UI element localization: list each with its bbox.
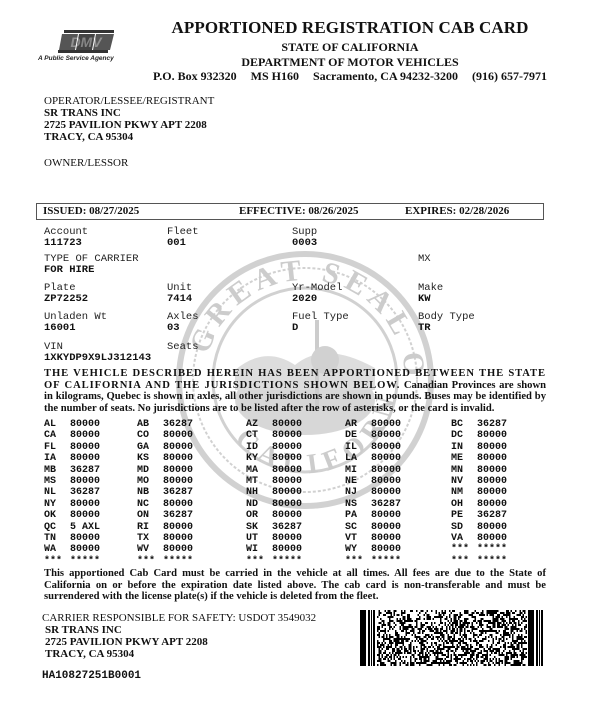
jurisdiction-cell: MN80000 — [451, 465, 507, 476]
jurisdiction-cell: SD80000 — [451, 522, 507, 533]
jurisdiction-weight: 80000 — [371, 419, 401, 430]
jurisdiction-weight: 36287 — [477, 510, 507, 521]
jurisdiction-cell: AR80000 — [345, 419, 401, 430]
jurisdiction-weight: 36287 — [163, 487, 193, 498]
jurisdiction-code: MS — [44, 476, 70, 487]
jurisdiction-weight: 36287 — [477, 419, 507, 430]
jurisdiction-cell: ******** — [137, 556, 193, 567]
account-number: 111723 — [44, 238, 88, 249]
jurisdiction-weight: 80000 — [272, 453, 302, 464]
jurisdiction-cell: AZ80000 — [246, 419, 302, 430]
carrier-type: FOR HIRE — [44, 265, 139, 276]
jurisdiction-weight: 80000 — [272, 476, 302, 487]
fuel-type-field: Fuel Type D — [292, 312, 349, 334]
department-address: P.O. Box 932320 MS H160 Sacramento, CA 9… — [140, 69, 560, 84]
carrier-safety-block: CARRIER RESPONSIBLE FOR SAFETY: USDOT 35… — [42, 612, 316, 660]
jurisdiction-code: *** — [451, 544, 477, 555]
po-box: P.O. Box 932320 — [153, 69, 237, 84]
jurisdiction-row: NL36287NB36287NH80000NJ80000NM80000 — [44, 487, 550, 498]
jurisdiction-code: OR — [246, 510, 272, 521]
jurisdiction-row: IA80000KS80000KY80000LA80000ME80000 — [44, 453, 550, 464]
jurisdiction-cell: ******** — [44, 556, 100, 567]
jurisdiction-weight: 80000 — [70, 453, 100, 464]
jurisdiction-code: NC — [137, 499, 163, 510]
jurisdiction-weight: 80000 — [70, 476, 100, 487]
jurisdiction-code: IL — [345, 442, 371, 453]
phone-number: (916) 657-7971 — [472, 69, 547, 84]
carrier-type-field: TYPE OF CARRIER FOR HIRE — [44, 254, 139, 276]
jurisdiction-row: MB36287MD80000MA80000MI80000MN80000 — [44, 465, 550, 476]
yr-model: 2020 — [292, 294, 342, 305]
jurisdiction-code: *** — [137, 556, 163, 567]
jurisdiction-cell: MI80000 — [345, 465, 401, 476]
jurisdiction-cell: RI80000 — [137, 522, 193, 533]
jurisdiction-cell: PA80000 — [345, 510, 401, 521]
jurisdiction-cell: ND80000 — [246, 499, 302, 510]
jurisdiction-code: MA — [246, 465, 272, 476]
fuel-type: D — [292, 323, 349, 334]
jurisdiction-cell: SC80000 — [345, 522, 401, 533]
jurisdiction-code: NB — [137, 487, 163, 498]
jurisdiction-code: WA — [44, 544, 70, 555]
jurisdiction-code: MO — [137, 476, 163, 487]
logo-tagline: A Public Service Agency — [38, 55, 128, 62]
document-id: HA10827251B0001 — [42, 670, 141, 682]
jurisdiction-code: MB — [44, 465, 70, 476]
carrier-safety-label: CARRIER RESPONSIBLE FOR SAFETY: USDOT 35… — [42, 612, 316, 624]
jurisdiction-weight: 80000 — [163, 453, 193, 464]
pdf417-barcode-icon — [360, 610, 544, 666]
jurisdiction-cell: ******** — [451, 556, 507, 567]
jurisdiction-code: NY — [44, 499, 70, 510]
jurisdiction-cell: PE36287 — [451, 510, 507, 521]
jurisdiction-cell: CA80000 — [44, 430, 100, 441]
jurisdiction-cell: DC80000 — [451, 430, 507, 441]
jurisdiction-cell: AL80000 — [44, 419, 100, 430]
jurisdiction-cell: SK36287 — [246, 522, 302, 533]
jurisdiction-weight: ***** — [70, 556, 100, 567]
jurisdiction-weight: 80000 — [371, 442, 401, 453]
jurisdiction-cell: DE80000 — [345, 430, 401, 441]
jurisdiction-weight: 80000 — [70, 544, 100, 555]
body-type: TR — [418, 323, 475, 334]
jurisdiction-weight: ***** — [477, 556, 507, 567]
jurisdiction-code: LA — [345, 453, 371, 464]
jurisdiction-weight: 80000 — [272, 419, 302, 430]
jurisdiction-cell: TX80000 — [137, 533, 193, 544]
operator-city: TRACY, CA 95304 — [44, 131, 214, 143]
fleet-field: Fleet 001 — [167, 227, 199, 249]
jurisdiction-cell: ME80000 — [451, 453, 507, 464]
jurisdiction-code: NS — [345, 499, 371, 510]
jurisdiction-code: GA — [137, 442, 163, 453]
dmv-logo-icon: DMV — [56, 30, 118, 54]
document-title: APPORTIONED REGISTRATION CAB CARD — [140, 18, 560, 38]
jurisdiction-cell: OR80000 — [246, 510, 302, 521]
jurisdiction-weight: ***** — [477, 544, 507, 555]
axles-field: Axles 03 — [167, 312, 199, 334]
jurisdiction-cell: NS36287 — [345, 499, 401, 510]
jurisdiction-weight: 80000 — [477, 442, 507, 453]
city-zip: Sacramento, CA 94232-3200 — [313, 69, 458, 84]
jurisdiction-weight: 80000 — [477, 533, 507, 544]
jurisdiction-code: AR — [345, 419, 371, 430]
jurisdiction-cell: ******** — [451, 544, 507, 555]
jurisdiction-weight: 5 AXL — [70, 522, 100, 533]
jurisdiction-code: NJ — [345, 487, 371, 498]
carrier-street: 2725 PAVILION PKWY APT 2208 — [42, 636, 316, 648]
jurisdiction-cell: MS80000 — [44, 476, 100, 487]
jurisdiction-code: WV — [137, 544, 163, 555]
jurisdiction-row: WA80000WV80000WI80000WY80000******** — [44, 544, 550, 555]
jurisdiction-code: MD — [137, 465, 163, 476]
jurisdiction-code: SC — [345, 522, 371, 533]
yr-model-field: Yr-Model 2020 — [292, 283, 342, 305]
jurisdiction-code: TN — [44, 533, 70, 544]
jurisdiction-weight: 80000 — [477, 522, 507, 533]
jurisdiction-cell: OK80000 — [44, 510, 100, 521]
jurisdiction-cell: WY80000 — [345, 544, 401, 555]
jurisdiction-code: ID — [246, 442, 272, 453]
jurisdiction-code: FL — [44, 442, 70, 453]
owner-block: OWNER/LESSOR — [44, 157, 128, 169]
jurisdiction-weight: 80000 — [70, 442, 100, 453]
jurisdiction-code: KS — [137, 453, 163, 464]
jurisdiction-code: *** — [345, 556, 371, 567]
jurisdiction-cell: AB36287 — [137, 419, 193, 430]
jurisdiction-code: MI — [345, 465, 371, 476]
supp-number: 0003 — [292, 238, 317, 249]
plate-field: Plate ZP72252 — [44, 283, 88, 305]
jurisdiction-cell: GA80000 — [137, 442, 193, 453]
jurisdiction-code: NV — [451, 476, 477, 487]
supp-field: Supp 0003 — [292, 227, 317, 249]
jurisdiction-weight: 80000 — [371, 453, 401, 464]
jurisdiction-cell: NE80000 — [345, 476, 401, 487]
jurisdiction-weight: 80000 — [371, 510, 401, 521]
mx-field: MX — [418, 254, 431, 265]
jurisdiction-cell: BC36287 — [451, 419, 507, 430]
jurisdiction-code: ME — [451, 453, 477, 464]
jurisdiction-code: ND — [246, 499, 272, 510]
jurisdiction-cell: WA80000 — [44, 544, 100, 555]
jurisdiction-code: CO — [137, 430, 163, 441]
jurisdiction-cell: NM80000 — [451, 487, 507, 498]
plate-number: ZP72252 — [44, 294, 88, 305]
jurisdiction-cell: ******** — [345, 556, 401, 567]
account-field: Account 111723 — [44, 227, 88, 249]
jurisdiction-code: QC — [44, 522, 70, 533]
make: KW — [418, 294, 443, 305]
jurisdiction-cell: LA80000 — [345, 453, 401, 464]
jurisdiction-cell: NV80000 — [451, 476, 507, 487]
seats-field: Seats — [167, 342, 199, 353]
jurisdiction-code: IA — [44, 453, 70, 464]
validity-dates: ISSUED: 08/27/2025 EFFECTIVE: 08/26/2025… — [36, 203, 544, 220]
jurisdiction-weight: 80000 — [70, 430, 100, 441]
jurisdiction-cell: QC5 AXL — [44, 522, 100, 533]
jurisdiction-code: DC — [451, 430, 477, 441]
jurisdiction-weight: ***** — [272, 556, 302, 567]
jurisdiction-weight: 80000 — [163, 544, 193, 555]
jurisdiction-code: AB — [137, 419, 163, 430]
dmv-logo: DMV A Public Service Agency — [38, 30, 128, 66]
jurisdiction-cell: MB36287 — [44, 465, 100, 476]
jurisdiction-cell: WI80000 — [246, 544, 302, 555]
jurisdiction-cell: WV80000 — [137, 544, 193, 555]
fleet-number: 001 — [167, 238, 199, 249]
unit-number: 7414 — [167, 294, 192, 305]
jurisdiction-weight: 80000 — [272, 442, 302, 453]
jurisdiction-cell: IA80000 — [44, 453, 100, 464]
jurisdiction-weight: 80000 — [272, 430, 302, 441]
jurisdiction-weight: 80000 — [477, 499, 507, 510]
jurisdiction-code: UT — [246, 533, 272, 544]
jurisdiction-cell: IL80000 — [345, 442, 401, 453]
jurisdiction-cell: NJ80000 — [345, 487, 401, 498]
jurisdiction-code: SK — [246, 522, 272, 533]
jurisdiction-code: CA — [44, 430, 70, 441]
jurisdiction-code: KY — [246, 453, 272, 464]
jurisdiction-weight: 36287 — [70, 487, 100, 498]
jurisdiction-code: VT — [345, 533, 371, 544]
jurisdiction-cell: OH80000 — [451, 499, 507, 510]
jurisdiction-code: NH — [246, 487, 272, 498]
jurisdiction-weight: 36287 — [163, 419, 193, 430]
jurisdiction-weight: 80000 — [272, 544, 302, 555]
jurisdiction-cell: MT80000 — [246, 476, 302, 487]
jurisdiction-cell: FL80000 — [44, 442, 100, 453]
jurisdiction-weight: 80000 — [163, 430, 193, 441]
jurisdiction-code: WI — [246, 544, 272, 555]
jurisdiction-weight: 80000 — [272, 499, 302, 510]
jurisdiction-weight: 80000 — [477, 430, 507, 441]
jurisdiction-code: MT — [246, 476, 272, 487]
jurisdiction-weight: 80000 — [272, 533, 302, 544]
owner-label: OWNER/LESSOR — [44, 157, 128, 169]
jurisdiction-weight: 80000 — [477, 476, 507, 487]
jurisdiction-weight: 80000 — [163, 499, 193, 510]
carrier-city: TRACY, CA 95304 — [42, 648, 316, 660]
jurisdiction-cell: CO80000 — [137, 430, 193, 441]
jurisdiction-row: OK80000ON36287OR80000PA80000PE36287 — [44, 510, 550, 521]
svg-text:DMV: DMV — [70, 34, 103, 50]
jurisdiction-weight: 80000 — [371, 533, 401, 544]
mail-station: MS H160 — [251, 69, 299, 84]
operator-name: SR TRANS INC — [44, 107, 214, 119]
vin: 1XKYDP9X9LJ312143 — [44, 353, 151, 364]
jurisdiction-weight: 80000 — [272, 487, 302, 498]
operator-label: OPERATOR/LESSEE/REGISTRANT — [44, 95, 214, 107]
jurisdiction-weight: 36287 — [70, 465, 100, 476]
jurisdiction-code: NL — [44, 487, 70, 498]
jurisdiction-weight: 80000 — [371, 544, 401, 555]
unladen-weight: 16001 — [44, 323, 107, 334]
jurisdiction-cell: ON36287 — [137, 510, 193, 521]
jurisdiction-weight: 80000 — [477, 487, 507, 498]
vin-field: VIN 1XKYDP9X9LJ312143 — [44, 342, 151, 364]
unladen-weight-field: Unladen Wt 16001 — [44, 312, 107, 334]
jurisdiction-cell: IN80000 — [451, 442, 507, 453]
jurisdiction-code: *** — [451, 556, 477, 567]
jurisdiction-cell: VA80000 — [451, 533, 507, 544]
jurisdiction-cell: NH80000 — [246, 487, 302, 498]
jurisdiction-cell: NC80000 — [137, 499, 193, 510]
jurisdiction-row: AL80000AB36287AZ80000AR80000BC36287 — [44, 419, 550, 430]
issued-date: ISSUED: 08/27/2025 — [43, 205, 139, 217]
jurisdiction-cell: ******** — [246, 556, 302, 567]
effective-date: EFFECTIVE: 08/26/2025 — [239, 205, 358, 217]
state-name: STATE OF CALIFORNIA — [140, 40, 560, 55]
jurisdiction-cell: MD80000 — [137, 465, 193, 476]
jurisdiction-cell: NL36287 — [44, 487, 100, 498]
jurisdiction-code: DE — [345, 430, 371, 441]
jurisdiction-code: RI — [137, 522, 163, 533]
jurisdiction-code: AZ — [246, 419, 272, 430]
jurisdiction-code: PE — [451, 510, 477, 521]
jurisdiction-code: *** — [44, 556, 70, 567]
jurisdiction-cell: KS80000 — [137, 453, 193, 464]
jurisdiction-row: CA80000CO80000CT80000DE80000DC80000 — [44, 430, 550, 441]
jurisdiction-code: ON — [137, 510, 163, 521]
jurisdiction-weight: 80000 — [70, 499, 100, 510]
jurisdiction-cell: UT80000 — [246, 533, 302, 544]
jurisdiction-code: TX — [137, 533, 163, 544]
jurisdiction-code: CT — [246, 430, 272, 441]
jurisdiction-weight: 80000 — [477, 465, 507, 476]
jurisdiction-weight: 80000 — [371, 522, 401, 533]
department-name: DEPARTMENT OF MOTOR VEHICLES — [140, 55, 560, 70]
jurisdiction-code: SD — [451, 522, 477, 533]
jurisdiction-weight: 36287 — [163, 510, 193, 521]
jurisdictions-table: AL80000AB36287AZ80000AR80000BC36287CA800… — [44, 419, 550, 567]
jurisdiction-cell: NY80000 — [44, 499, 100, 510]
jurisdiction-weight: 36287 — [272, 522, 302, 533]
operator-street: 2725 PAVILION PKWY APT 2208 — [44, 119, 214, 131]
jurisdiction-weight: 80000 — [70, 533, 100, 544]
jurisdiction-weight: 80000 — [371, 430, 401, 441]
jurisdiction-weight: 80000 — [371, 487, 401, 498]
jurisdiction-weight: 80000 — [163, 533, 193, 544]
body-type-field: Body Type TR — [418, 312, 475, 334]
axles: 03 — [167, 323, 199, 334]
jurisdiction-cell: MO80000 — [137, 476, 193, 487]
jurisdiction-code: *** — [246, 556, 272, 567]
jurisdiction-code: BC — [451, 419, 477, 430]
jurisdiction-weight: 80000 — [272, 465, 302, 476]
jurisdiction-code: WY — [345, 544, 371, 555]
jurisdiction-weight: 80000 — [70, 419, 100, 430]
jurisdiction-cell: CT80000 — [246, 430, 302, 441]
jurisdiction-row: MS80000MO80000MT80000NE80000NV80000 — [44, 476, 550, 487]
jurisdiction-code: IN — [451, 442, 477, 453]
jurisdiction-cell: NB36287 — [137, 487, 193, 498]
jurisdiction-row: **************************************** — [44, 556, 550, 567]
jurisdiction-weight: 36287 — [371, 499, 401, 510]
jurisdiction-cell: VT80000 — [345, 533, 401, 544]
jurisdiction-cell: MA80000 — [246, 465, 302, 476]
jurisdiction-code: PA — [345, 510, 371, 521]
jurisdiction-cell: ID80000 — [246, 442, 302, 453]
jurisdiction-code: OH — [451, 499, 477, 510]
jurisdiction-weight: 80000 — [371, 476, 401, 487]
jurisdiction-weight: 80000 — [371, 465, 401, 476]
jurisdiction-weight: ***** — [371, 556, 401, 567]
jurisdiction-weight: ***** — [163, 556, 193, 567]
carrier-name: SR TRANS INC — [42, 624, 316, 636]
jurisdiction-weight: 80000 — [163, 476, 193, 487]
jurisdiction-code: AL — [44, 419, 70, 430]
jurisdiction-row: FL80000GA80000ID80000IL80000IN80000 — [44, 442, 550, 453]
apportionment-notice: THE VEHICLE DESCRIBED HEREIN HAS BEEN AP… — [44, 368, 546, 414]
jurisdiction-weight: 80000 — [272, 510, 302, 521]
jurisdiction-weight: 80000 — [163, 442, 193, 453]
unit-field: Unit 7414 — [167, 283, 192, 305]
jurisdiction-row: TN80000TX80000UT80000VT80000VA80000 — [44, 533, 550, 544]
jurisdiction-code: MN — [451, 465, 477, 476]
make-field: Make KW — [418, 283, 443, 305]
jurisdiction-cell: KY80000 — [246, 453, 302, 464]
jurisdiction-weight: 80000 — [163, 465, 193, 476]
jurisdiction-weight: 80000 — [477, 453, 507, 464]
jurisdiction-code: NM — [451, 487, 477, 498]
operator-block: OPERATOR/LESSEE/REGISTRANT SR TRANS INC … — [44, 95, 214, 143]
jurisdiction-weight: 80000 — [163, 522, 193, 533]
jurisdiction-row: NY80000NC80000ND80000NS36287OH80000 — [44, 499, 550, 510]
expires-date: EXPIRES: 02/28/2026 — [405, 205, 509, 217]
jurisdiction-weight: 80000 — [70, 510, 100, 521]
jurisdiction-code: VA — [451, 533, 477, 544]
jurisdiction-row: QC5 AXLRI80000SK36287SC80000SD80000 — [44, 522, 550, 533]
cab-card-terms: This apportioned Cab Card must be carrie… — [44, 568, 546, 603]
jurisdiction-cell: TN80000 — [44, 533, 100, 544]
jurisdiction-code: NE — [345, 476, 371, 487]
jurisdiction-code: OK — [44, 510, 70, 521]
